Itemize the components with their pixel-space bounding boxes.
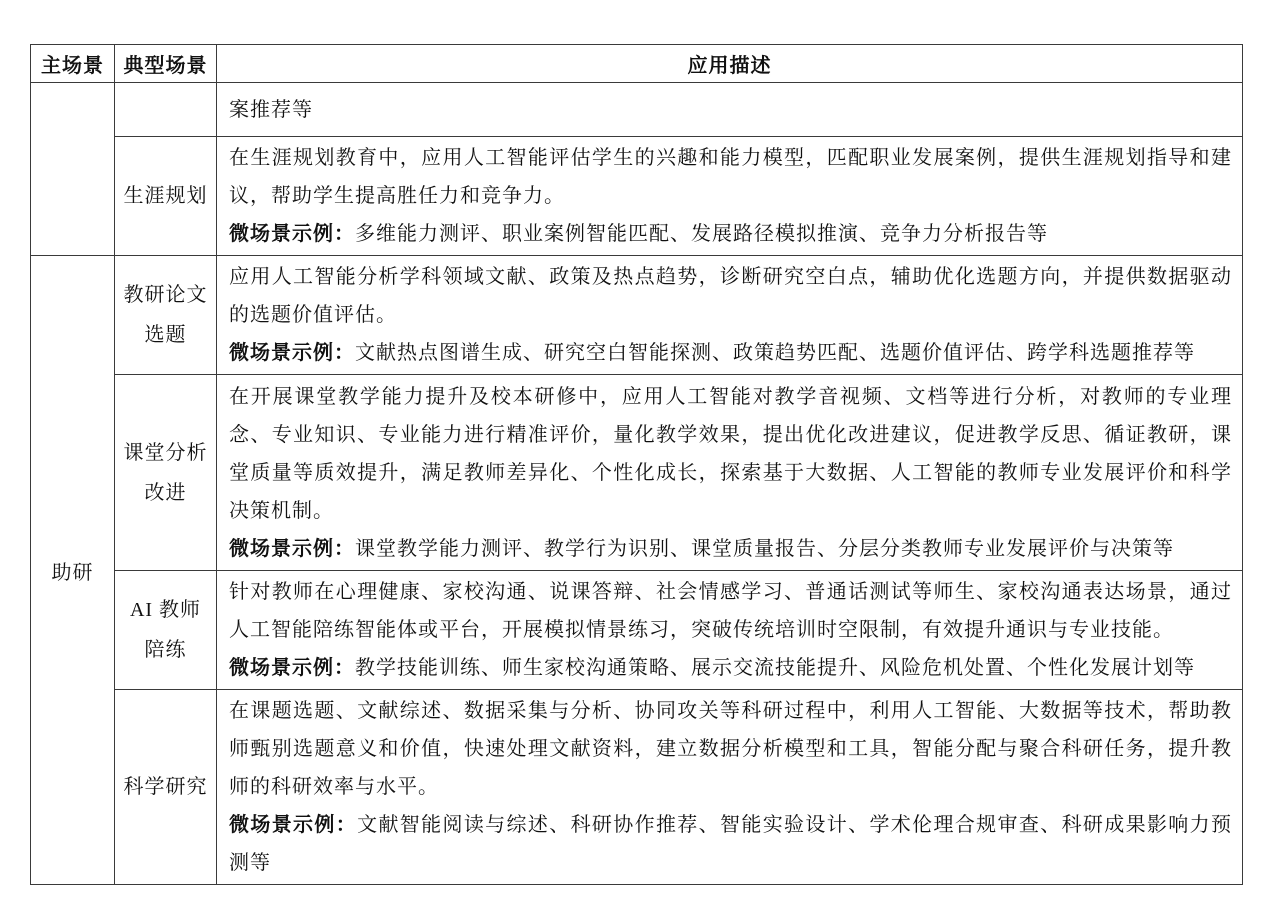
typical-scenario-cell-paper-topic: 教研论文 选题	[115, 256, 217, 375]
micro-example-text: 课堂教学能力测评、教学行为识别、课堂质量报告、分层分类教师专业发展评价与决策等	[355, 538, 1174, 560]
description-text: 在开展课堂教学能力提升及校本研修中，应用人工智能对教学音视频、文档等进行分析，对…	[229, 378, 1232, 530]
micro-example-label: 微场景示例：	[229, 342, 355, 364]
micro-example-text: 多维能力测评、职业案例智能匹配、发展路径模拟推演、竞争力分析报告等	[355, 223, 1048, 245]
table-row-career-planning: 生涯规划 在生涯规划教育中，应用人工智能评估学生的兴趣和能力模型，匹配职业发展案…	[31, 137, 1243, 256]
table-header-row: 主场景 典型场景 应用描述	[31, 45, 1243, 83]
typical-scenario-cell-ai-teacher-sparring: AI 教师 陪练	[115, 571, 217, 690]
micro-example-line: 微场景示例：教学技能训练、师生家校沟通策略、展示交流技能提升、风险危机处置、个性…	[229, 649, 1232, 687]
micro-example-label: 微场景示例：	[229, 657, 355, 679]
typical-scenario-cell-classroom-analysis: 课堂分析 改进	[115, 375, 217, 571]
typical-scenario-cell-career-planning: 生涯规划	[115, 137, 217, 256]
scenario-table: 主场景 典型场景 应用描述 案推荐等 生涯规划 在生涯规划教育中，应用人工智能评…	[30, 44, 1243, 885]
description-text: 案推荐等	[229, 91, 1232, 129]
micro-example-line: 微场景示例：文献智能阅读与综述、科研协作推荐、智能实验设计、学术伦理合规审查、科…	[229, 806, 1232, 882]
table-row-scientific-research: 科学研究 在课题选题、文献综述、数据采集与分析、协同攻关等科研过程中，利用人工智…	[31, 690, 1243, 885]
description-cell-classroom-analysis: 在开展课堂教学能力提升及校本研修中，应用人工智能对教学音视频、文档等进行分析，对…	[217, 375, 1243, 571]
description-text: 在生涯规划教育中，应用人工智能评估学生的兴趣和能力模型，匹配职业发展案例，提供生…	[229, 139, 1232, 215]
micro-example-text: 文献智能阅读与综述、科研协作推荐、智能实验设计、学术伦理合规审查、科研成果影响力…	[229, 814, 1232, 874]
micro-example-line: 微场景示例：课堂教学能力测评、教学行为识别、课堂质量报告、分层分类教师专业发展评…	[229, 530, 1232, 568]
micro-example-text: 教学技能训练、师生家校沟通策略、展示交流技能提升、风险危机处置、个性化发展计划等	[355, 657, 1195, 679]
typical-scenario-cell-continuation	[115, 83, 217, 137]
description-cell-scientific-research: 在课题选题、文献综述、数据采集与分析、协同攻关等科研过程中，利用人工智能、大数据…	[217, 690, 1243, 885]
description-cell-paper-topic: 应用人工智能分析学科领域文献、政策及热点趋势，诊断研究空白点，辅助优化选题方向，…	[217, 256, 1243, 375]
header-application-description: 应用描述	[217, 45, 1243, 83]
main-scenario-cell-previous	[31, 83, 115, 256]
typical-scenario-cell-scientific-research: 科学研究	[115, 690, 217, 885]
main-scenario-cell-research-assist: 助研	[31, 256, 115, 885]
description-cell-continuation: 案推荐等	[217, 83, 1243, 137]
micro-example-label: 微场景示例：	[229, 538, 355, 560]
description-cell-ai-teacher-sparring: 针对教师在心理健康、家校沟通、说课答辩、社会情感学习、普通话测试等师生、家校沟通…	[217, 571, 1243, 690]
description-cell-career-planning: 在生涯规划教育中，应用人工智能评估学生的兴趣和能力模型，匹配职业发展案例，提供生…	[217, 137, 1243, 256]
micro-example-line: 微场景示例：多维能力测评、职业案例智能匹配、发展路径模拟推演、竞争力分析报告等	[229, 215, 1232, 253]
micro-example-label: 微场景示例：	[229, 223, 355, 245]
description-text: 应用人工智能分析学科领域文献、政策及热点趋势，诊断研究空白点，辅助优化选题方向，…	[229, 258, 1232, 334]
header-main-scenario: 主场景	[31, 45, 115, 83]
table-row-classroom-analysis: 课堂分析 改进 在开展课堂教学能力提升及校本研修中，应用人工智能对教学音视频、文…	[31, 375, 1243, 571]
table-row-ai-teacher-sparring: AI 教师 陪练 针对教师在心理健康、家校沟通、说课答辩、社会情感学习、普通话测…	[31, 571, 1243, 690]
micro-example-text: 文献热点图谱生成、研究空白智能探测、政策趋势匹配、选题价值评估、跨学科选题推荐等	[355, 342, 1195, 364]
micro-example-line: 微场景示例：文献热点图谱生成、研究空白智能探测、政策趋势匹配、选题价值评估、跨学…	[229, 334, 1232, 372]
header-typical-scenario: 典型场景	[115, 45, 217, 83]
description-text: 针对教师在心理健康、家校沟通、说课答辩、社会情感学习、普通话测试等师生、家校沟通…	[229, 573, 1232, 649]
micro-example-label: 微场景示例：	[229, 814, 357, 836]
table-row-paper-topic: 助研 教研论文 选题 应用人工智能分析学科领域文献、政策及热点趋势，诊断研究空白…	[31, 256, 1243, 375]
table-row-continuation: 案推荐等	[31, 83, 1243, 137]
description-text: 在课题选题、文献综述、数据采集与分析、协同攻关等科研过程中，利用人工智能、大数据…	[229, 692, 1232, 806]
